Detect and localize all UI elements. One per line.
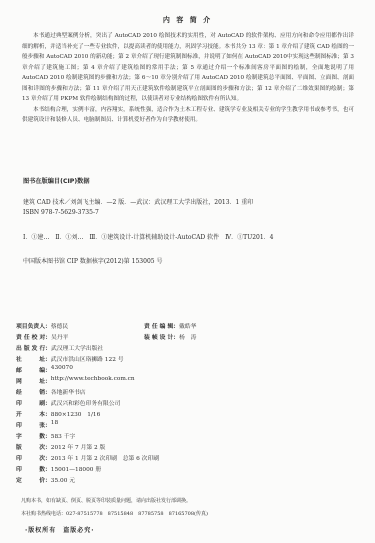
credit-label: 版 次： — [16, 442, 51, 451]
credit-value: 880×1230 1/16 — [51, 409, 101, 418]
credit-row: 印 数：15001—18000 册 — [16, 464, 101, 473]
credit-value: 杨 涛 — [179, 332, 196, 341]
credit-label: 网 址： — [16, 376, 51, 385]
credit-row: 经 销：各地新华书店 — [16, 387, 86, 396]
credit-row: 社 址：武汉市洪山区珞狮路 122 号 — [16, 354, 124, 363]
credit-value: 各地新华书店 — [51, 387, 86, 396]
intro-section: 本书通过典型案例分析，突出了 AutoCAD 2010 绘图技术的实用性，对 A… — [22, 31, 354, 126]
credit-value: 15001—18000 册 — [51, 464, 101, 473]
credit-label: 社 址： — [16, 354, 51, 363]
copyright-page: 内 容 简 介 本书通过典型案例分析，突出了 AutoCAD 2010 绘图技术… — [0, 0, 375, 543]
credit-label: 经 销： — [16, 387, 51, 396]
credit-row: 印 次：2013 年 1 月第 2 次印刷 总第 6 次印刷 — [16, 453, 159, 462]
credit-label: 项目负责人： — [16, 321, 51, 330]
credit-value: 430070 — [51, 365, 73, 374]
credit-row: 开 本：880×1230 1/16 — [16, 409, 100, 418]
cip-classification: Ⅰ．①建… Ⅱ．①刘… Ⅲ．①建筑设计-计算机辅助设计-AutoCAD 软件 Ⅳ… — [23, 232, 273, 241]
credit-value: 吴丹平 — [51, 332, 68, 341]
credit-label: 责 任 编 辑： — [144, 321, 179, 330]
credit-label: 开 本： — [16, 409, 51, 418]
credit-value: 武汉理工大学出版社 — [51, 343, 103, 352]
intro-paragraph: 本书通过典型案例分析，突出了 AutoCAD 2010 绘图技术的实用性，对 A… — [22, 31, 354, 105]
credit-label: 印 张： — [16, 420, 51, 429]
credit-value: 35.00 元 — [51, 475, 75, 484]
credit-value: 583 千字 — [51, 431, 76, 440]
credit-label: 装 帧 设 计： — [144, 332, 179, 341]
credit-value: 武汉兴和彩色印务有限公司 — [51, 398, 121, 407]
credit-label: 印 刷： — [16, 398, 51, 407]
credit-label: 责 任 校 对： — [16, 332, 51, 341]
credit-label: 出 版 发 行： — [16, 343, 51, 352]
hotline-notice: 本社购书热线电话：027-87515778 87515848 87785758 … — [21, 510, 208, 517]
credit-row: 印 张：18 — [16, 420, 58, 429]
intro-title: 内 容 简 介 — [0, 15, 375, 25]
credit-row: 出 版 发 行：武汉理工大学出版社 — [16, 343, 103, 352]
credit-value: 武汉市洪山区珞狮路 122 号 — [51, 354, 124, 363]
copyright-notice: ·版权所有 盗版必究· — [25, 525, 95, 534]
credit-row: 字 数：583 千字 — [16, 431, 75, 440]
credit-value: 2012 年 7 月第 2 版 — [51, 442, 106, 451]
credit-row: 项目负责人：蔡德民 — [16, 321, 68, 330]
credit-row: 印 刷：武汉兴和彩色印务有限公司 — [16, 398, 120, 407]
credit-row: 版 次：2012 年 7 月第 2 版 — [16, 442, 105, 451]
cip-heading: 图书在版编目(CIP)数据 — [23, 176, 90, 185]
cip-isbn: ISBN 978-7-5629-3735-7 — [23, 209, 99, 216]
credit-row: 责 任 编 辑：戴皓华 — [144, 321, 196, 330]
credit-value: 2013 年 1 月第 2 次印刷 总第 6 次印刷 — [51, 453, 159, 462]
cip-record-number: 中国版本图书馆 CIP 数据核字(2012)第 153005 号 — [23, 256, 162, 265]
credit-value: 18 — [51, 420, 58, 429]
cip-citation: 建筑 CAD 技术／刘剑飞主编．—2 版．—武汉：武汉理工大学出版社，2013．… — [23, 197, 253, 206]
intro-paragraph: 本书结构合理，实例丰富，内容翔实，系统性强，适合作为土木工程专业、建筑学专业及相… — [22, 105, 354, 126]
credit-label: 印 次： — [16, 453, 51, 462]
credit-label: 邮 编： — [16, 365, 51, 374]
credit-row: 定 价：35.00 元 — [16, 475, 75, 484]
credit-label: 印 数： — [16, 464, 51, 473]
credit-row: 网 址：http://www.techbook.com.cn — [16, 376, 135, 385]
website-link[interactable]: http://www.techbook.com.cn — [51, 376, 135, 385]
credit-row: 责 任 校 对：吴丹平 — [16, 332, 68, 341]
credit-label: 定 价： — [16, 475, 51, 484]
quality-notice: 凡购本书，如有缺页、倒页、脱页等印装质量问题，请向出版社发行部调换。 — [21, 497, 191, 504]
credit-value: 蔡德民 — [51, 321, 68, 330]
credit-row: 邮 编：430070 — [16, 365, 73, 374]
credit-label: 字 数： — [16, 431, 51, 440]
credit-row: 装 帧 设 计：杨 涛 — [144, 332, 196, 341]
credit-value: 戴皓华 — [179, 321, 196, 330]
